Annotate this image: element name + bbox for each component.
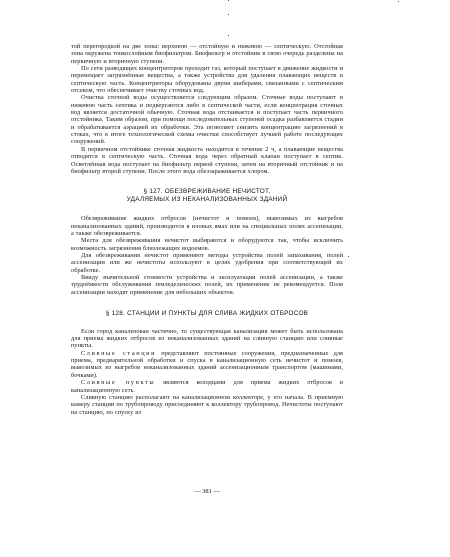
spaced-term: Сливные станции	[81, 350, 156, 357]
scan-artifact	[228, 14, 229, 15]
scan-artifact	[398, 1, 399, 2]
scan-artifact	[348, 256, 349, 257]
section-128-heading: § 128. СТАНЦИИ И ПУНКТЫ ДЛЯ СЛИВА ЖИДКИХ…	[71, 310, 343, 318]
paragraph: Очистка сточной воды осуществляется след…	[71, 94, 343, 145]
document-page: той перегородкой на две зоны: верхнюю — …	[71, 43, 343, 416]
section-127-body: Обезвреживание жидких отбросов (нечистот…	[71, 215, 343, 296]
spaced-term: Сливные пункты	[81, 379, 155, 386]
section-title-line: УДАЛЯЕМЫХ ИЗ НЕКАНАЛИЗОВАННЫХ ЗДАНИЙ	[71, 196, 343, 204]
scan-artifact	[228, 35, 229, 36]
paragraph: В первичном отстойнике сточная жидкость …	[71, 146, 343, 175]
top-text-block: той перегородкой на две зоны: верхнюю — …	[71, 43, 343, 175]
scan-artifact	[228, 0, 229, 1]
paragraph: Сливную станцию располагают на канализац…	[71, 394, 343, 416]
paragraph: Места для обезвреживания нечистот выбира…	[71, 237, 343, 252]
paragraph: Сливные станции представляют постоянные …	[71, 350, 343, 379]
paragraph: Для обезвреживания нечистот применяют ме…	[71, 252, 343, 274]
section-128-body: Если город канализован частично, то суще…	[71, 328, 343, 416]
paragraph: По сети разводящих концентриторов проход…	[71, 65, 343, 94]
section-127-heading: § 127. ОБЕЗВРЕЖИВАНИЕ НЕЧИСТОТ, УДАЛЯЕМЫ…	[71, 188, 343, 203]
page-number: — 381 —	[71, 488, 343, 495]
paragraph-continuation: той перегородкой на две зоны: верхнюю — …	[71, 43, 343, 65]
paragraph: Сливные пункты являются колодцами для пр…	[71, 379, 343, 394]
section-title-line: § 127. ОБЕЗВРЕЖИВАНИЕ НЕЧИСТОТ,	[71, 188, 343, 196]
paragraph: Ввиду значительной стоимости устройства …	[71, 274, 343, 296]
section-title: § 128. СТАНЦИИ И ПУНКТЫ ДЛЯ СЛИВА ЖИДКИХ…	[71, 310, 343, 318]
paragraph: Обезвреживание жидких отбросов (нечистот…	[71, 215, 343, 237]
paragraph: Если город канализован частично, то суще…	[71, 328, 343, 350]
